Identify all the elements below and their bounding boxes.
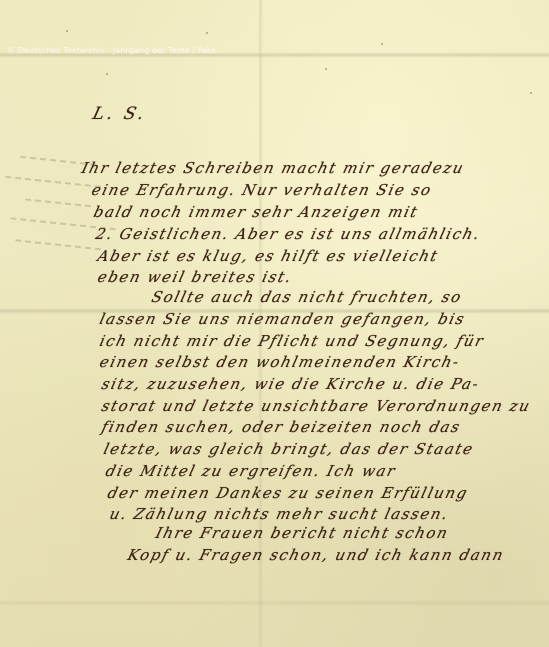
manuscript-line: eben weil breites ist. xyxy=(96,268,295,286)
manuscript-line: bald noch immer sehr Anzeigen mit xyxy=(92,203,421,221)
manuscript-line: Sollte auch das nicht fruchten, so xyxy=(150,288,465,306)
manuscript-line: die Mittel zu ergreifen. Ich war xyxy=(104,462,399,480)
manuscript-line: Kopf u. Fragen schon, und ich kann dann xyxy=(126,546,507,564)
manuscript-line: 2. Geistlichen. Aber es ist uns allmähli… xyxy=(94,225,483,243)
manuscript-line: sitz, zuzusehen, wie die Kirche u. die P… xyxy=(100,375,482,393)
manuscript-line: storat und letzte unsichtbare Verordnung… xyxy=(100,397,533,415)
manuscript-line: Ihr letztes Schreiben macht mir geradezu xyxy=(80,159,467,177)
manuscript-line: finden suchen, oder beizeiten noch das xyxy=(100,418,463,436)
manuscript-line: Ihre Frauen bericht nicht schon xyxy=(154,524,451,542)
manuscript-page: L. S. Ihr letztes Schreiben macht mir ge… xyxy=(0,0,549,647)
manuscript-line: Aber ist es klug, es hilft es vielleicht xyxy=(96,247,441,265)
manuscript-line: der meinen Dankes zu seinen Erfüllung xyxy=(106,484,471,502)
manuscript-line: eine Erfahrung. Nur verhalten Sie so xyxy=(90,181,434,199)
manuscript-line: lassen Sie uns niemanden gefangen, bis xyxy=(98,310,468,328)
manuscript-line: letzte, was gleich bringt, das der Staat… xyxy=(102,440,476,458)
salutation: L. S. xyxy=(91,104,150,124)
manuscript-line: einen selbst den wohlmeinenden Kirch- xyxy=(98,353,462,371)
manuscript-line: u. Zählung nichts mehr sucht lassen. xyxy=(108,505,451,523)
manuscript-line: ich nicht mir die Pflicht und Segnung, f… xyxy=(98,332,487,350)
